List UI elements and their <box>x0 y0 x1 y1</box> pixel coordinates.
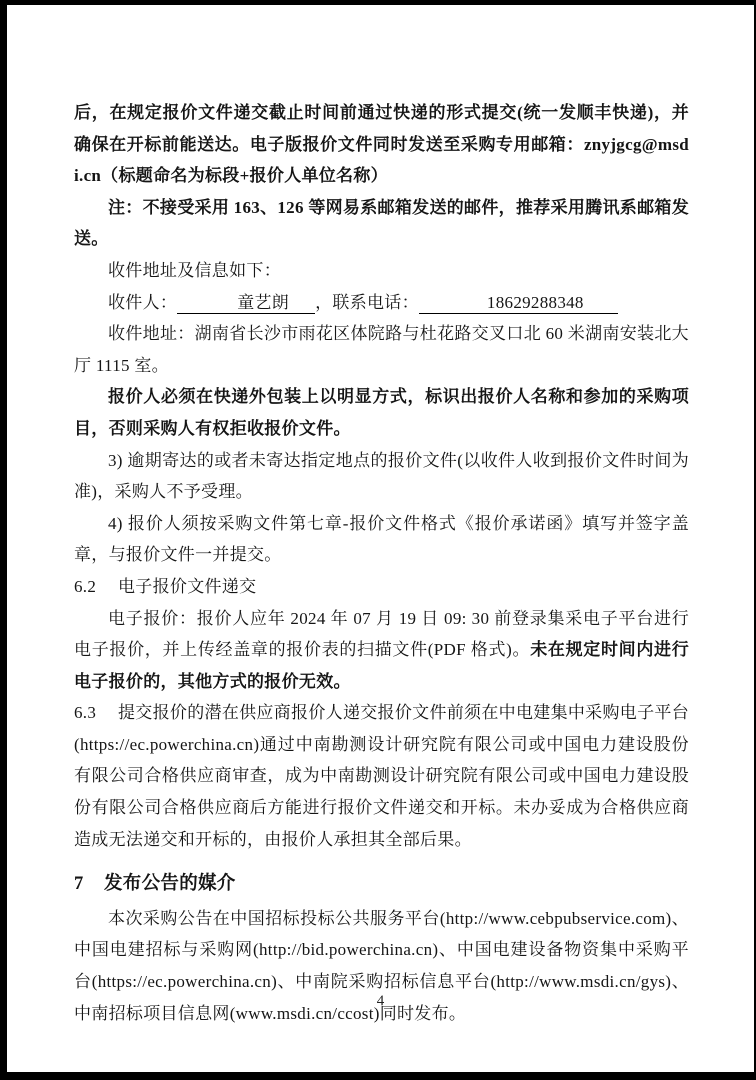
document-content: 后，在规定报价文件递交截止时间前通过快递的形式提交(统一发顺丰快递)，并确保在开… <box>7 5 754 1029</box>
section-heading-7: 7发布公告的媒介 <box>74 869 689 901</box>
recipient-phone-label: ，联系电话： <box>315 293 419 312</box>
section-number-6-2: 6.2 <box>74 571 118 603</box>
paragraph-delivery-address: 收件地址：湖南省长沙市雨花区体院路与杜花路交叉口北 60 米湖南安装北大厅 11… <box>74 318 689 381</box>
section-title-7: 发布公告的媒介 <box>104 874 236 894</box>
section-heading-6-2: 6.2电子报价文件递交 <box>74 571 689 603</box>
paragraph-courier-submission: 后，在规定报价文件递交截止时间前通过快递的形式提交(统一发顺丰快递)，并确保在开… <box>74 97 689 192</box>
section-6-3-text: 提交报价的潜在供应商报价人递交报价文件前须在中电建集中采购电子平台(https:… <box>74 703 689 848</box>
paragraph-email-note: 注：不接受采用 163、126 等网易系邮箱发送的邮件，推荐采用腾讯系邮箱发送。 <box>74 192 689 255</box>
section-number-7: 7 <box>74 869 104 901</box>
recipient-phone-field: 18629288348 <box>419 293 618 314</box>
paragraph-package-notice: 报价人必须在快递外包装上以明显方式，标识出报价人名称和参加的采购项目，否则采购人… <box>74 381 689 444</box>
paragraph-item-4: 4) 报价人须按采购文件第七章-报价文件格式《报价承诺函》填写并签字盖章，与报价… <box>74 508 689 571</box>
paragraph-address-intro: 收件地址及信息如下： <box>74 255 689 287</box>
section-number-6-3: 6.3 <box>74 697 118 729</box>
paragraph-section-6-3: 6.3提交报价的潜在供应商报价人递交报价文件前须在中电建集中采购电子平台(htt… <box>74 697 689 855</box>
section-title-6-2: 电子报价文件递交 <box>118 577 256 596</box>
paragraph-announcement-media: 本次采购公告在中国招标投标公共服务平台(http://www.cebpubser… <box>74 903 689 1029</box>
page-number: 4 <box>7 993 754 1010</box>
document-page: 后，在规定报价文件递交截止时间前通过快递的形式提交(统一发顺丰快递)，并确保在开… <box>7 5 754 1072</box>
paragraph-item-3: 3) 逾期寄达的或者未寄达指定地点的报价文件(以收件人收到报价文件时间为准)，采… <box>74 445 689 508</box>
paragraph-recipient: 收件人：童艺朗，联系电话：18629288348 <box>74 287 689 319</box>
paragraph-e-bidding: 电子报价：报价人应年 2024 年 07 月 19 日 09: 30 前登录集采… <box>74 603 689 698</box>
recipient-label: 收件人： <box>108 293 177 312</box>
recipient-name-field: 童艺朗 <box>177 293 315 314</box>
